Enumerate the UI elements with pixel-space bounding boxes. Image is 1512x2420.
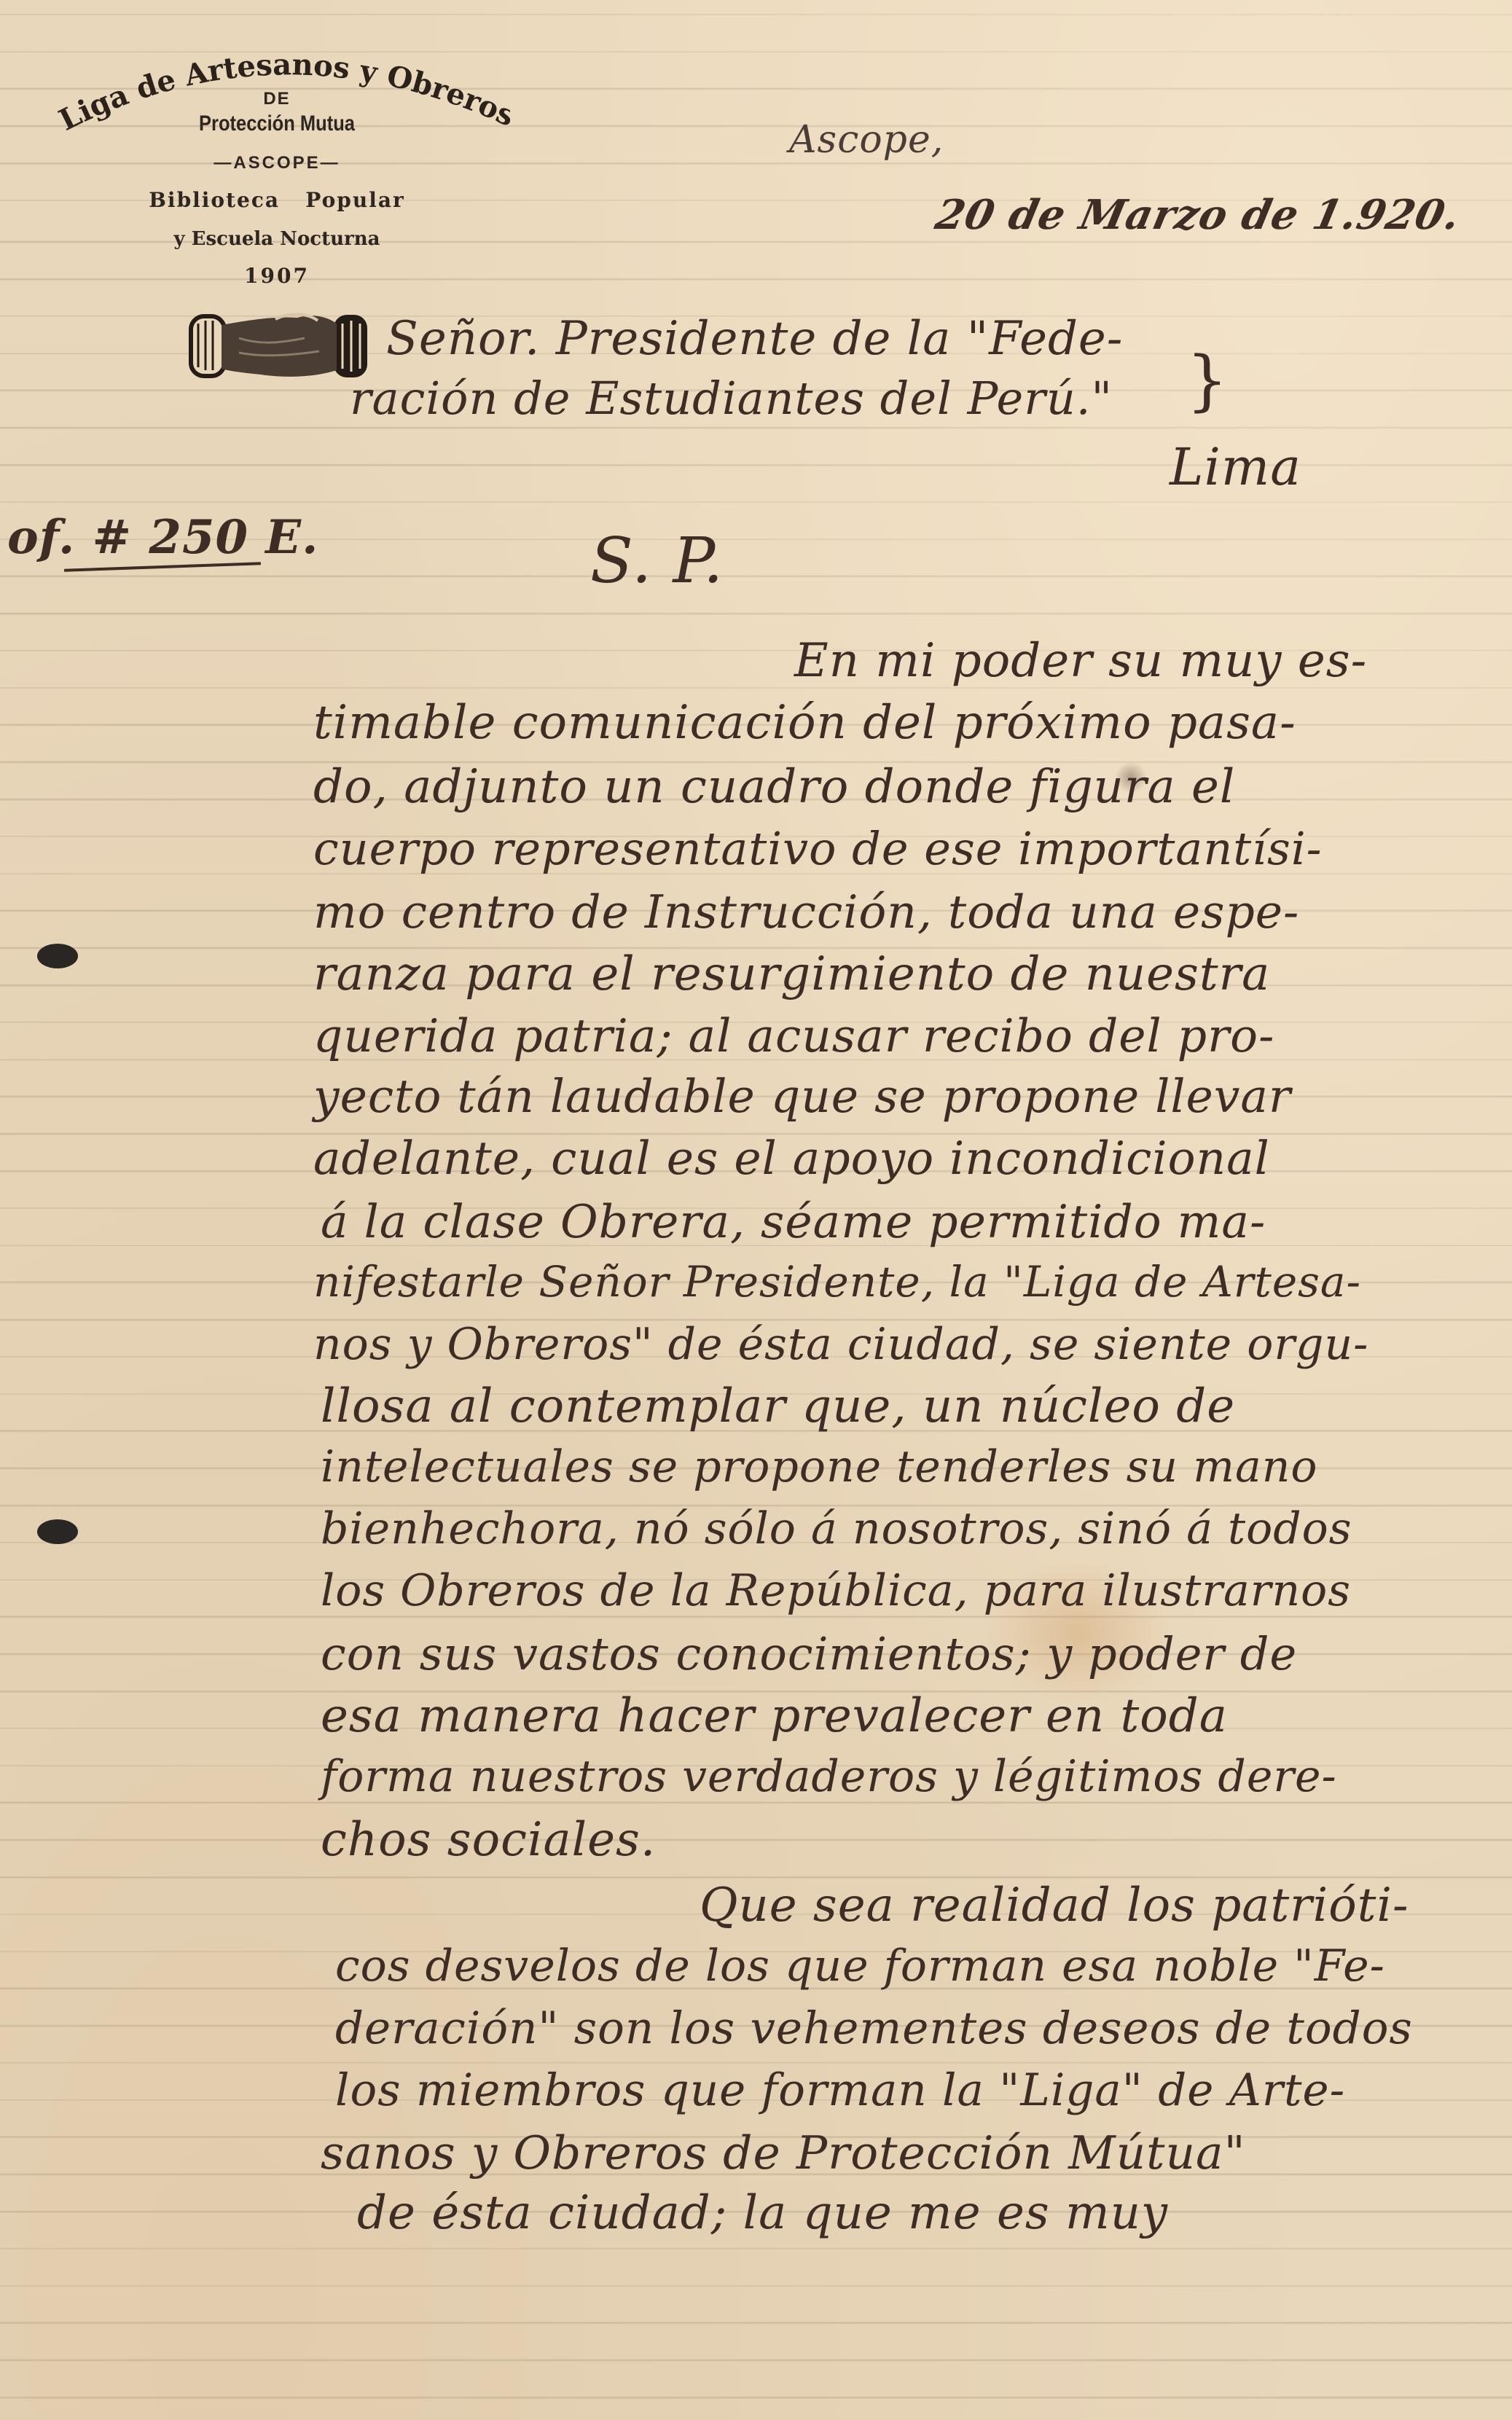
body-line: bienhechora, nó sólo á nosotros, sinó á …: [321, 1503, 1352, 1554]
body-line: los miembros que forman la "Liga" de Art…: [335, 2064, 1345, 2116]
body-line: á la clase Obrera, séame permitido ma-: [321, 1195, 1266, 1248]
body-line: yecto tán laudable que se propone llevar: [313, 1070, 1291, 1123]
body-line: forma nuestros verdaderos y légitimos de…: [321, 1751, 1337, 1802]
date-text: 20 de Marzo de 1.920.: [931, 191, 1465, 239]
body-line: ranza para el resurgimiento de nuestra: [313, 947, 1270, 1001]
body-line: de ésta ciudad; la que me es muy: [357, 2186, 1168, 2240]
body-line: chos sociales.: [321, 1813, 656, 1867]
letterhead-location: —ASCOPE—: [0, 153, 554, 173]
body-line: esa manera hacer prevalecer en toda: [321, 1689, 1228, 1743]
body-line: intelectuales se propone tenderles su ma…: [321, 1441, 1318, 1492]
body-line: querida patria; al acusar recibo del pro…: [313, 1009, 1274, 1062]
body-line: con sus vastos conocimientos; y poder de: [321, 1627, 1297, 1680]
body-line: En mi poder su muy es-: [794, 634, 1367, 688]
letterhead-library: Biblioteca Popular: [0, 188, 554, 212]
body-line: do, adjunto un cuadro donde figura el: [313, 760, 1235, 814]
body-line: adelante, cual es el apoyo incondicional: [313, 1132, 1270, 1185]
letterhead-school: y Escuela Nocturna: [0, 228, 554, 250]
punch-hole-upper: [37, 944, 78, 968]
recipient-line-2: ración de Estudiantes del Perú.": [350, 372, 1113, 425]
body-line: Que sea realidad los patrióti-: [700, 1879, 1409, 1933]
body-line: cuerpo representativo de ese importantís…: [313, 822, 1323, 875]
body-line: mo centro de Instrucción, toda una espe-: [313, 885, 1299, 939]
letterhead-subtitle: Protección Mutua: [42, 111, 512, 136]
reference-number: of. # 250 E.: [7, 510, 318, 565]
letterhead-de: DE: [0, 89, 554, 109]
letter-page: Liga de Artesanos y Obreros DE Protecció…: [0, 0, 1512, 2420]
punch-hole-lower: [37, 1519, 78, 1544]
place-text: Ascope,: [789, 118, 944, 162]
body-line: deración" son los vehementes deseos de t…: [335, 2002, 1413, 2054]
recipient-brace: }: [1186, 342, 1229, 419]
salutation: S. P.: [590, 525, 724, 598]
handshake-icon: [188, 309, 370, 383]
body-line: llosa al contemplar que, un núcleo de: [321, 1379, 1235, 1433]
body-line: nifestarle Señor Presidente, la "Liga de…: [313, 1257, 1361, 1307]
letterhead-year: 1907: [0, 264, 554, 288]
body-line: sanos y Obreros de Protección Mútua": [321, 2126, 1246, 2180]
body-line: nos y Obreros" de ésta ciudad, se siente…: [313, 1319, 1368, 1370]
body-line: los Obreros de la República, para ilustr…: [321, 1565, 1351, 1616]
body-line: cos desvelos de los que forman esa noble…: [335, 1941, 1385, 1992]
recipient-city: Lima: [1170, 437, 1301, 497]
recipient-line-1: Señor. Presidente de la "Fede-: [386, 312, 1123, 366]
body-line: timable comunicación del próximo pasa-: [313, 696, 1296, 750]
